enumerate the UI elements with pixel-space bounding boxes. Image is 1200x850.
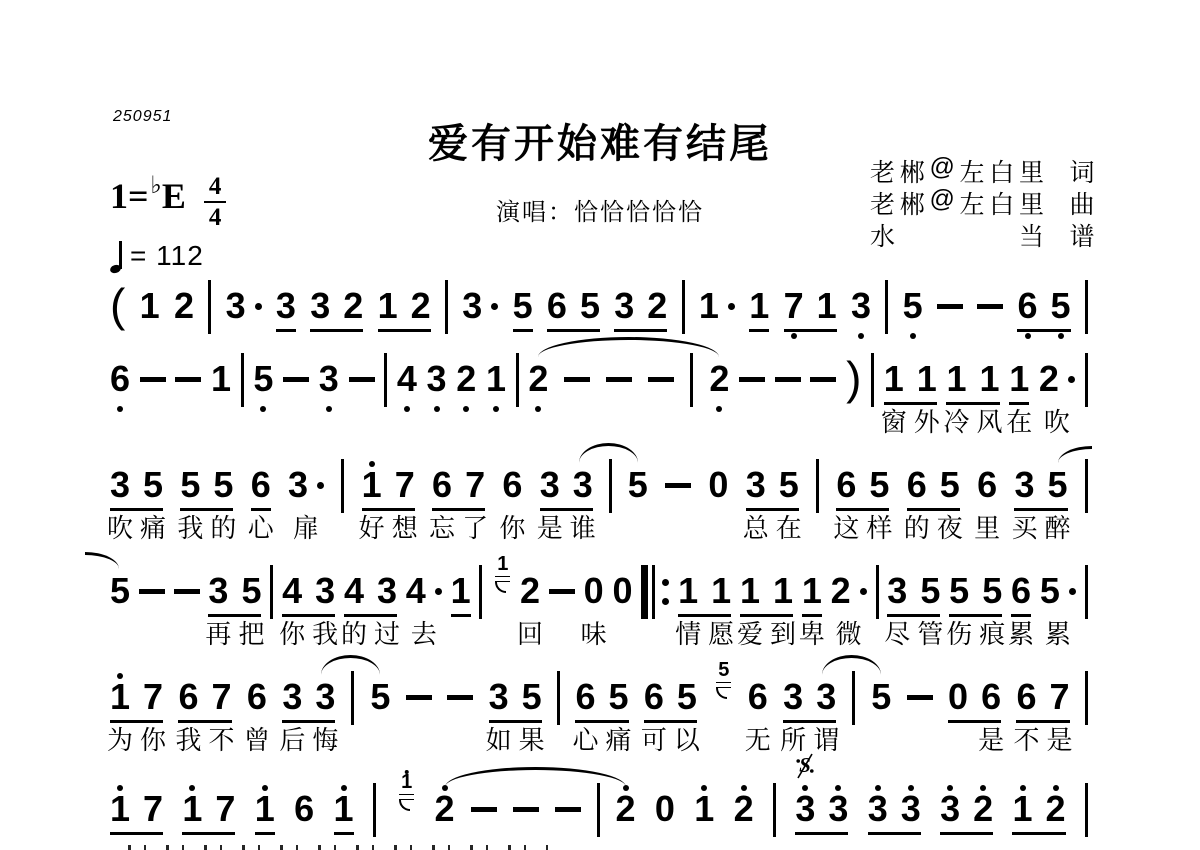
note: 1 [378,283,398,329]
duration-dash [648,377,674,382]
lyric: 样 [866,514,892,542]
beam-group: 4你3我 [282,568,335,617]
octave-dot-above [908,785,914,791]
note: 3 [940,786,960,832]
note-number: 1 [451,568,471,614]
note-number: 5 [940,462,960,508]
note-number: 6 [247,674,267,720]
note: 5果 [522,674,542,720]
note: 3尽 [887,568,907,614]
grace-note-number: 5 [718,659,729,681]
key-prefix: 1= [110,176,149,216]
lyric: 如 [486,726,512,754]
note-number: 6 [907,462,927,508]
credit-name-char: 当 [1019,217,1044,253]
lyric: 我 [175,726,201,754]
octave-dot-above [1020,785,1026,791]
lyric: 不 [208,726,234,754]
note-number: 6 [748,674,768,720]
note-number: 5 [253,356,273,402]
beam-group: 3是3谁 [540,462,593,511]
lyric: 心 [572,726,598,754]
note-number: 1 [711,568,731,614]
note-number: 3 [851,283,871,329]
repeat-thin-bar [652,565,655,619]
barline [241,353,244,407]
note: 5 [628,462,648,508]
grace-beam [495,576,510,582]
note: 3谁 [573,462,593,508]
barline [384,353,387,407]
time-sig-denominator: 4 [204,203,227,232]
lyric: 吹 [1044,408,1070,436]
close-paren: ) [846,356,861,400]
octave-dot-above [369,461,375,467]
lyric: 是 [1047,726,1073,754]
beam-group: 17 [182,786,235,835]
grace-note: 1 [495,553,510,582]
tempo-row: = 112 [110,239,226,273]
lyric: 再 [205,620,231,648]
note: 2微 [831,568,867,614]
time-signature: 4 4 [204,172,227,232]
note: 2 [411,283,431,329]
note-number: 3 [573,462,593,508]
octave-dot-below [434,406,440,412]
note-number: 5 [869,462,889,508]
note-number: 5 [143,462,163,508]
grace-beam [399,794,414,800]
note-number: 2 [709,356,729,402]
lyric: 尽 [884,620,910,648]
note: 5 [253,356,273,402]
beam-group: 3S3 [795,786,848,835]
grace-note-number: 1 [401,771,412,793]
barline [773,783,776,837]
octave-dot-below [1025,333,1031,339]
lyric: 以 [674,726,700,754]
beam-group: 1卑 [802,568,822,617]
credits-block: 老郴@左白里词老郴@左白里曲水当谱 [870,156,1096,250]
beam-group: 12 [1012,786,1065,835]
lyric: 你 [279,620,305,648]
lyric: 的 [904,514,930,542]
lyric: 把 [238,620,264,648]
note: 4 [397,356,417,402]
octave-dot-below [260,406,266,412]
octave-dot-above [947,785,953,791]
note: 3所 [783,674,803,720]
barline [885,280,888,334]
beam-group: 33 [868,786,921,835]
credit-name-char: 老 [870,185,895,221]
note-number: 6 [502,462,522,508]
lyric: 在 [776,514,802,542]
duration-dash [564,377,590,382]
note: 6 [294,786,314,832]
note: 3是 [540,462,560,508]
note: 6这 [836,462,856,508]
note-number: 6 [110,356,130,402]
duration-dash [349,377,375,382]
lyric: 吹 [107,514,133,542]
octave-dot-above [835,785,841,791]
music-line-6: 17171611220123S3333212 [110,786,1088,832]
credit-name-char: 里 [1019,153,1044,189]
music-line-2: 6153432122)1窗1外1冷1风1在2吹 [110,356,1088,402]
note: 3 [319,356,339,402]
credit-row: 老郴@左白里词 [870,156,1096,186]
octave-dot-below [404,406,410,412]
note: 7你 [143,674,163,720]
grace-beam [716,682,731,688]
repeat-thick-bar [641,565,648,619]
note-number: 2 [616,786,636,832]
credit-name-char: 老 [870,153,895,189]
beam-group: 6不7是 [1016,674,1069,723]
duration-dash [775,377,801,382]
note-number: 6 [981,674,1001,720]
note: 3后 [282,674,302,720]
note: 1 [817,283,837,329]
note: 1 [486,356,506,402]
octave-dot-above [875,785,881,791]
note-number: 5 [522,674,542,720]
note: 6心 [251,462,271,508]
beam-group: 65 [1017,283,1070,332]
note-number: 3 [110,462,130,508]
barline [609,459,612,513]
credit-name-char: 郴 [900,153,925,189]
note: 5样 [869,462,889,508]
tie-group: 3所3谓5 [783,674,891,725]
note: 5伤 [949,568,969,614]
beam-group: 3后3悔 [282,674,335,723]
note: 1 [140,283,160,329]
note: 1好 [362,462,382,508]
note-number: 1 [946,356,966,402]
lyric: 你 [499,514,525,542]
note-number: 5 [241,568,261,614]
note: 2吹 [1039,356,1075,402]
note: 5在 [779,462,799,508]
augmentation-dot [435,588,442,595]
note-number: 5 [1040,568,1060,614]
beam-group: 1 [749,283,769,332]
credit-row: 水当谱 [870,220,1096,250]
note: 1爱 [740,568,760,614]
note-number: 1 [699,283,719,329]
lyric: 去 [411,620,437,648]
lyric: 累 [1008,620,1034,648]
note-number: 3 [816,674,836,720]
lyric: 可 [641,726,667,754]
beam-group: 5 [513,283,533,332]
time-sig-numerator: 4 [204,172,227,203]
note-number: 1 [255,786,275,832]
barline [682,280,685,334]
tie-group: 3是3谁5 [540,462,648,513]
augmentation-dot [317,482,324,489]
note-number: 6 [977,462,997,508]
note: 1外 [917,356,937,402]
duration-dash [606,377,632,382]
barline [341,459,344,513]
tie-group: 3后3悔5 [282,674,390,725]
beam-group: 5我5的 [180,462,233,511]
note: 5把 [241,568,261,614]
note: 6你 [502,462,522,508]
note: 4去 [406,568,442,614]
beam-group: 5伤5痕 [949,568,1002,617]
key-note: E [162,176,186,216]
note: 3扉 [288,462,324,508]
credit-role: 词 [1068,153,1096,189]
note: 1 [699,283,735,329]
lyric: 情 [675,620,701,648]
note-number: 1 [749,283,769,329]
octave-dot-above [442,785,448,791]
lyric: 在 [1006,408,1032,436]
lyric: 忘 [429,514,455,542]
note: 3吹 [110,462,130,508]
note-number: 1 [362,462,382,508]
duration-dash [555,807,581,812]
note-number: 2 [973,786,993,832]
repeat-dot [662,598,669,605]
note: 1 [749,283,769,329]
note: 6不 [1016,674,1036,720]
note-number: 3 [489,674,509,720]
note: 6可 [644,674,664,720]
note-number: 1 [773,568,793,614]
credit-name: 老郴@左白里 [870,153,1044,189]
repeat-dots [662,565,669,619]
duration-dash [174,589,200,594]
note-number: 6 [294,786,314,832]
lyric: 微 [836,620,862,648]
beam-group: 1 [255,786,275,835]
note-number: 3 [795,786,815,832]
note: 2 [343,283,363,329]
lyric: 你 [140,726,166,754]
beam-group: 3总5在 [746,462,799,511]
duration-dash [810,377,836,382]
note: 2 [709,356,729,402]
lyric: 谁 [570,514,596,542]
note-number: 1 [378,283,398,329]
beam-group: 3所3谓 [783,674,836,723]
note: 6 [110,356,130,402]
lyric: 想 [392,514,418,542]
note: 1 [255,786,275,832]
note-number: 3 [828,786,848,832]
note-number: 0 [948,674,968,720]
note-number: 3 [276,283,296,329]
note: 2 [528,356,548,402]
lyric: 心 [248,514,274,542]
note-number: 1 [740,568,760,614]
note-number: 4 [344,568,364,614]
note-number: 3 [315,674,335,720]
note: 3悔 [315,674,335,720]
note-number: 5 [628,462,648,508]
note-number: 1 [917,356,937,402]
note-number: 7 [215,786,235,832]
note-number: 6 [1017,283,1037,329]
note: 6我 [178,674,198,720]
note-number: 5 [580,283,600,329]
note: 5管 [920,568,940,614]
repeat-start-sign [641,565,669,619]
note: 1风 [980,356,1000,402]
grace-note-number: 1 [497,553,508,575]
barline [1085,783,1088,837]
barline [373,783,376,837]
duration-dash [175,377,201,382]
tie-group: 22 [435,786,636,837]
lyric: 好 [359,514,385,542]
octave-dot-below [858,333,864,339]
credit-name: 老郴@左白里 [870,185,1044,221]
beam-group: 1情1愿 [678,568,731,617]
note-number: 3 [887,568,907,614]
augmentation-dot [728,303,735,310]
key-row: 1= ♭ E 4 4 [110,176,226,236]
note: 5痛 [143,462,163,508]
lyric: 的 [210,514,236,542]
octave-dot-below [326,406,332,412]
note-number: 2 [734,786,754,832]
note-number: 2 [174,283,194,329]
beam-group: 6心 [251,462,271,511]
credit-role: 曲 [1068,185,1096,221]
barline [270,565,273,619]
lyric: 夜 [937,514,963,542]
note: 3我 [315,568,335,614]
note-number: 3 [868,786,888,832]
note-number: 4 [282,568,302,614]
note-number: 3 [226,283,246,329]
note: 5以 [677,674,697,720]
lyric: 了 [462,514,488,542]
credit-name-char: 郴 [900,185,925,221]
note-number: 5 [1047,462,1067,508]
lyric: 曾 [244,726,270,754]
note-number: 0 [708,462,728,508]
note: 3过 [377,568,397,614]
beam-group: 3如5果 [489,674,542,723]
note: 3 [226,283,262,329]
note-number: 3 [940,786,960,832]
note: 2 [174,283,194,329]
lyric: 买 [1011,514,1037,542]
note-number: 5 [677,674,697,720]
note-number: 1 [140,283,160,329]
note-number: 5 [903,283,923,329]
lyric: 伤 [946,620,972,648]
note: 6 [1017,283,1037,329]
beam-group: 4的3过 [344,568,397,617]
barline [351,671,354,725]
note-number: 0 [655,786,675,832]
note-number: 5 [513,283,533,329]
note: 5痛 [608,674,628,720]
augmentation-dot [1069,588,1076,595]
lyric: 谓 [813,726,839,754]
note: 3 [310,283,330,329]
credit-name-char: 水 [870,217,895,253]
note: 1在 [1009,356,1029,402]
beam-group: 1冷1风 [946,356,999,405]
octave-dot-above [623,785,629,791]
music-line-3: 3吹5痛5我5的6心3扉1好7想6忘7了6你3是3谁503总5在6这5样6的5夜… [110,462,1088,508]
note-number: 3 [783,674,803,720]
note: 5累 [1040,568,1076,614]
octave-dot-above [701,785,707,791]
note-number: 1 [980,356,1000,402]
note-number: 3 [208,568,228,614]
octave-dot-below [493,406,499,412]
augmentation-dot [1068,376,1075,383]
note-number: 7 [465,462,485,508]
note: 2 [456,356,476,402]
note: 3 [276,283,296,329]
note: 7是 [1050,674,1070,720]
note: 2 [1046,786,1066,832]
note-number: 3 [310,283,330,329]
note-number: 7 [211,674,231,720]
note-number: 6 [547,283,567,329]
barline [479,565,482,619]
barline [516,353,519,407]
note: 2回 [520,568,540,614]
lyric: 我 [177,514,203,542]
augmentation-dot [491,303,498,310]
lyric: 所 [780,726,806,754]
note: 5 [871,674,891,720]
note: 3 [427,356,447,402]
note-number: 1 [884,356,904,402]
lyric: 窗 [881,408,907,436]
duration-dash [447,695,473,700]
duration-dash [406,695,432,700]
note: 6心 [575,674,595,720]
note: 5 [903,283,923,329]
lyric: 回 [517,620,543,648]
beam-group: 3再5把 [208,568,261,617]
lyric: 是 [537,514,563,542]
note-number: 5 [920,568,940,614]
beam-group: 6心5痛 [575,674,628,723]
note: 5夜 [940,462,960,508]
beam-group: 6我7不 [178,674,231,723]
note: 5醉 [1047,462,1067,508]
lyric: 我 [312,620,338,648]
lyric: 风 [977,408,1003,436]
lyric: 冷 [943,408,969,436]
duration-dash [471,807,497,812]
note-number: 3 [288,462,308,508]
note: 6累 [1011,568,1031,614]
beam-group: 1窗1外 [884,356,937,405]
note-number: 2 [528,356,548,402]
note-number: 3 [1014,462,1034,508]
note-number: 3 [614,283,634,329]
beam-group: 3 [276,283,296,332]
lyric: 无 [745,726,771,754]
note: 1 [334,786,354,832]
